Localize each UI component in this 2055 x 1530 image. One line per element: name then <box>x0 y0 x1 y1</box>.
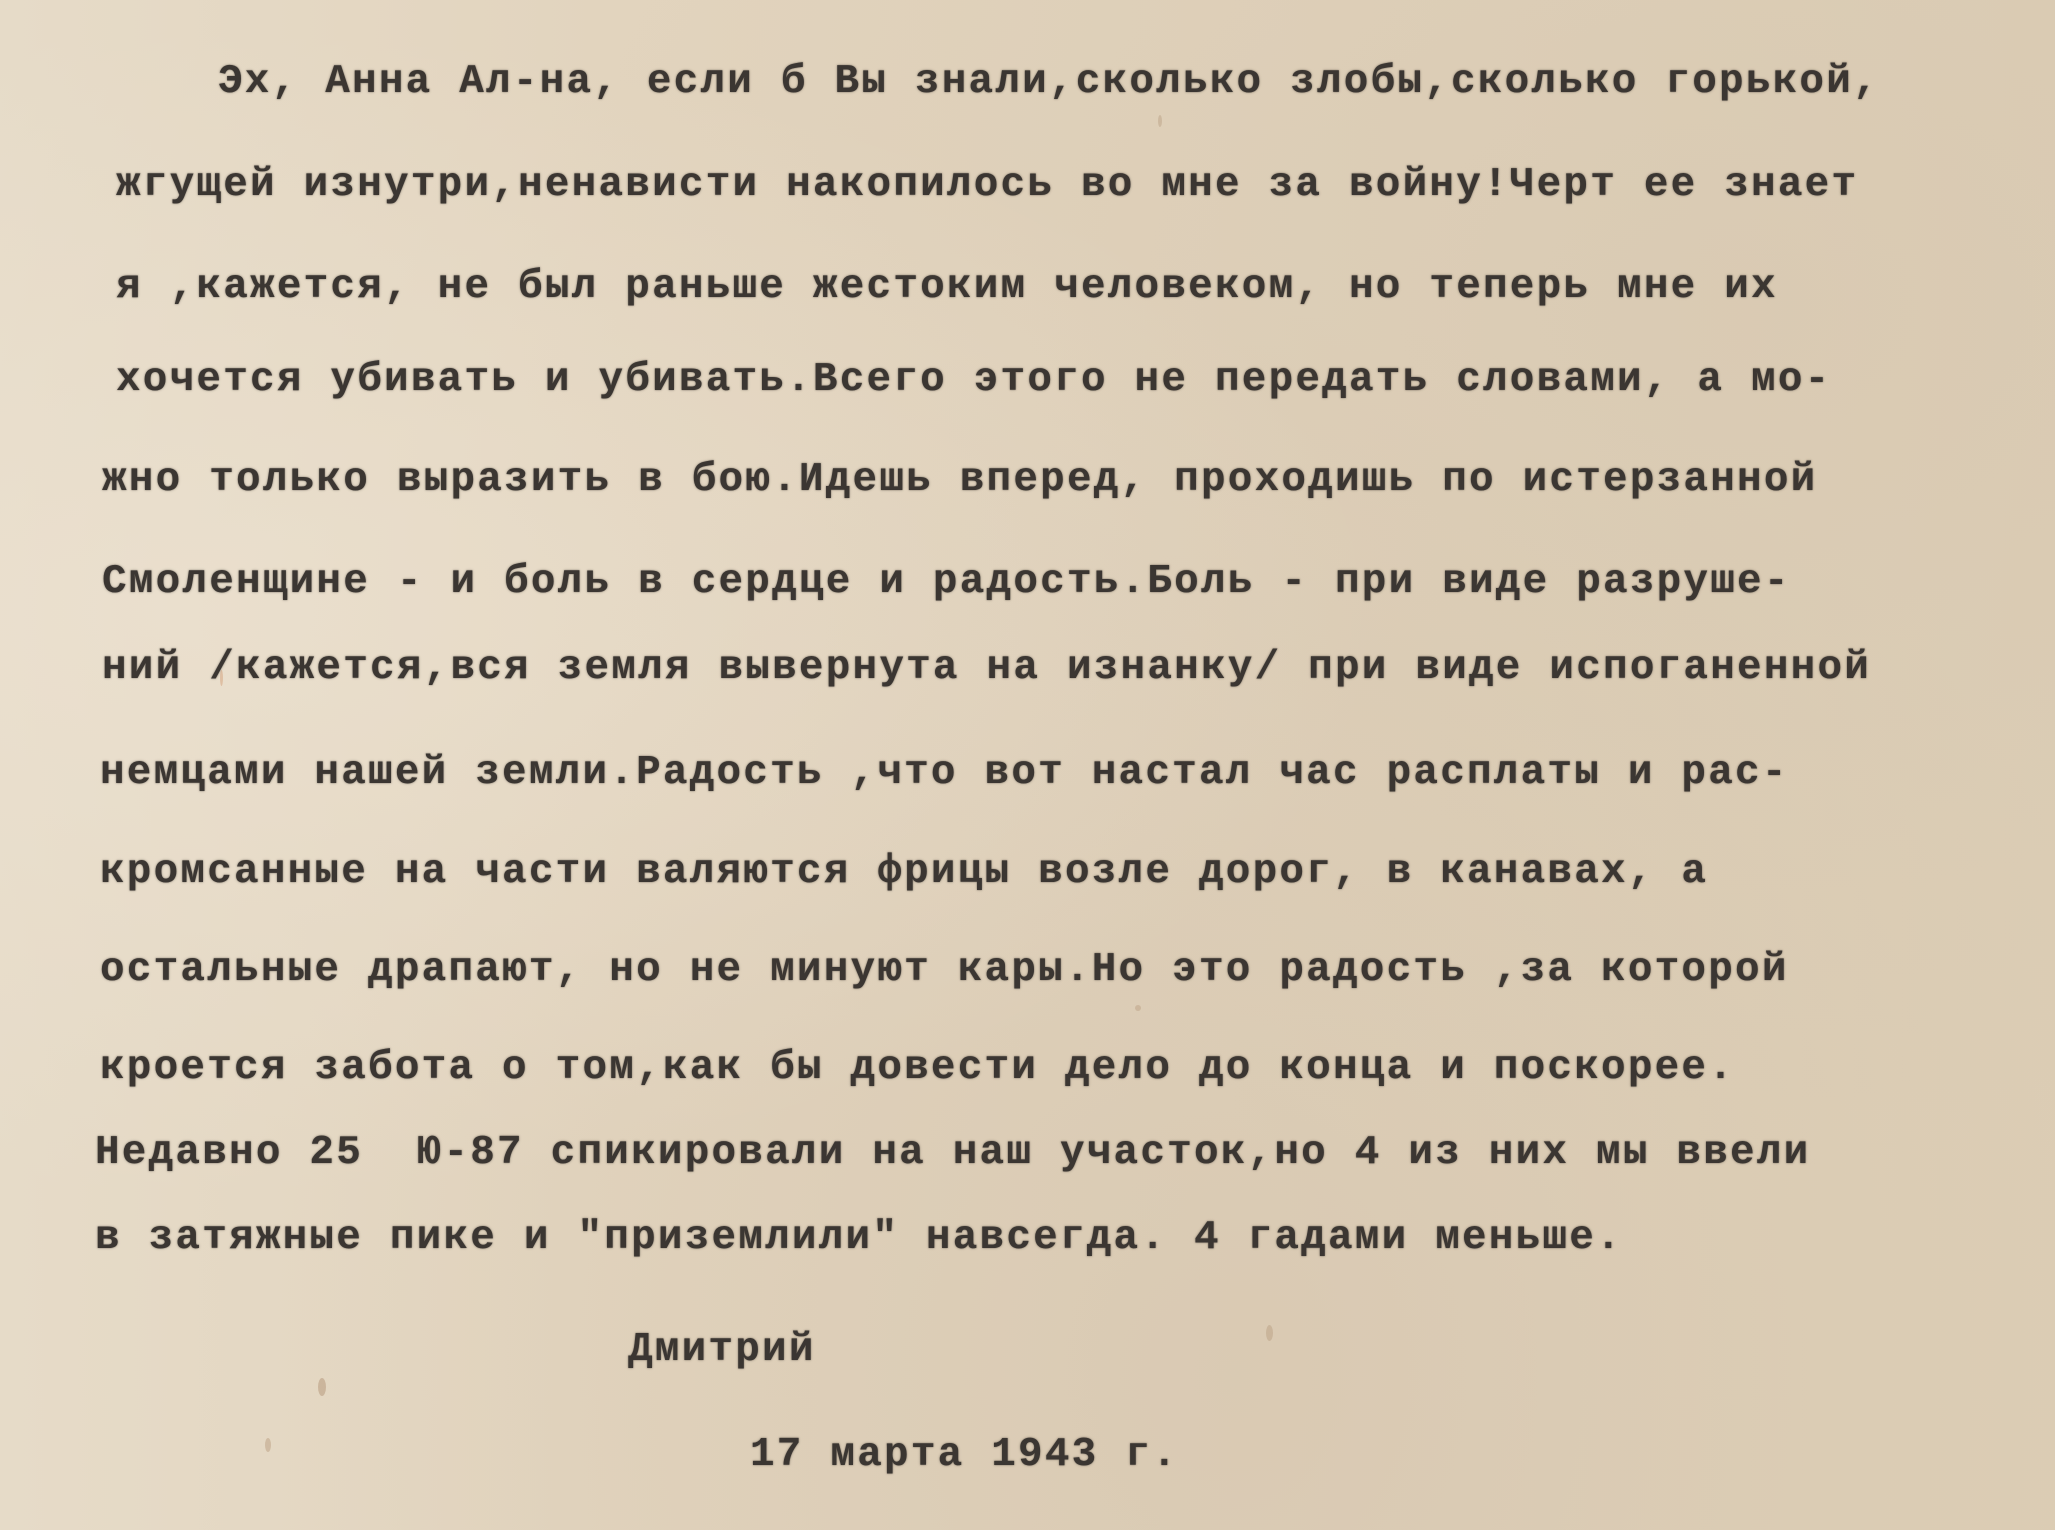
letter-line: остальные драпают, но не минуют кары.Но … <box>100 950 1789 991</box>
letter-line: Недавно 25 Ю-87 спикировали на наш участ… <box>95 1133 1810 1174</box>
letter-line: кромсанные на части валяются фрицы возле… <box>100 852 1708 893</box>
letter-line: Эх, Анна Ал-на, если б Вы знали,сколько … <box>218 62 1880 103</box>
letter-line: жгущей изнутри,ненависти накопилось во м… <box>116 165 1858 206</box>
letter-line: хочется убивать и убивать.Всего этого не… <box>116 360 1831 401</box>
document-page: Эх, Анна Ал-на, если б Вы знали,сколько … <box>0 0 2055 1530</box>
letter-line: в затяжные пике и "приземлили" навсегда.… <box>95 1218 1623 1259</box>
letter-line: жно только выразить в бою.Идешь вперед, … <box>102 460 1817 501</box>
letter-line: ний /кажется,вся земля вывернута на изна… <box>102 648 1871 689</box>
letter-line: я ,кажется, не был раньше жестоким челов… <box>116 267 1778 308</box>
letter-line: кроется забота о том,как бы довести дело… <box>100 1048 1735 1089</box>
letter-line: немцами нашей земли.Радость ,что вот нас… <box>100 753 1789 794</box>
letter-date: 17 марта 1943 г. <box>750 1435 1179 1476</box>
letter-line: Смоленщине - и боль в сердце и радость.Б… <box>102 562 1791 603</box>
letter-body: Эх, Анна Ал-на, если б Вы знали,сколько … <box>0 0 2055 1530</box>
letter-signature: Дмитрий <box>628 1330 816 1371</box>
